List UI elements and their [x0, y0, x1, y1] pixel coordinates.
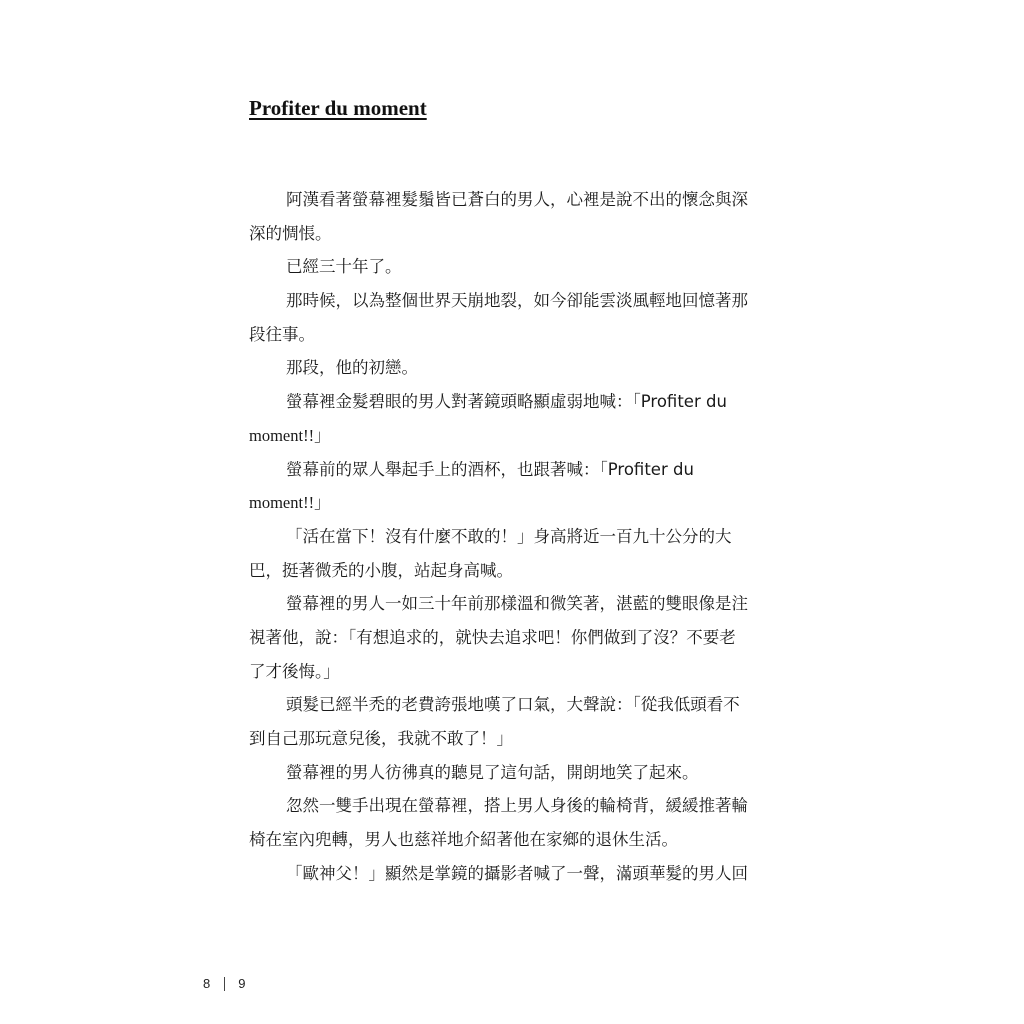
book-page: Profiter du moment 阿漢看著螢幕裡髮鬚皆已蒼白的男人，心裡是說…	[0, 0, 1024, 1024]
text-line: 「歐神父！」顯然是掌鏡的攝影者喊了一聲，滿頭華髮的男人回	[249, 857, 777, 891]
text-line: 已經三十年了。	[249, 250, 777, 284]
text-line: 螢幕前的眾人舉起手上的酒杯，也跟著喊：「Profiter du	[249, 453, 777, 487]
text-line: 了才後悔。」	[249, 655, 777, 689]
page-number-left: 8	[203, 976, 210, 991]
page-number-footer: 8 9	[203, 976, 245, 991]
text-line: 螢幕裡的男人一如三十年前那樣溫和微笑著，湛藍的雙眼像是注	[249, 587, 777, 621]
text-line: 那時候，以為整個世界天崩地裂，如今卻能雲淡風輕地回憶著那	[249, 284, 777, 318]
text-line: 巴，挺著微禿的小腹，站起身高喊。	[249, 554, 777, 588]
text-line: 深的惆悵。	[249, 217, 777, 251]
text-line: moment!!」	[249, 419, 777, 453]
text-line: 頭髮已經半禿的老費誇張地嘆了口氣，大聲說：「從我低頭看不	[249, 688, 777, 722]
text-line: moment!!」	[249, 486, 777, 520]
text-line: 「活在當下！沒有什麼不敢的！」身高將近一百九十公分的大	[249, 520, 777, 554]
text-line: 忽然一雙手出現在螢幕裡，搭上男人身後的輪椅背，緩緩推著輪	[249, 789, 777, 823]
text-line: 視著他，說：「有想追求的，就快去追求吧！你們做到了沒？不要老	[249, 621, 777, 655]
text-line: 段往事。	[249, 318, 777, 352]
text-line: 螢幕裡的男人彷彿真的聽見了這句話，開朗地笑了起來。	[249, 756, 777, 790]
page-number-right: 9	[238, 976, 245, 991]
page-separator	[224, 977, 225, 991]
text-line: 椅在室內兜轉，男人也慈祥地介紹著他在家鄉的退休生活。	[249, 823, 777, 857]
text-line: 螢幕裡金髮碧眼的男人對著鏡頭略顯虛弱地喊：「Profiter du	[249, 385, 777, 419]
text-line: 阿漢看著螢幕裡髮鬚皆已蒼白的男人，心裡是說不出的懷念與深	[249, 183, 777, 217]
body-text: 阿漢看著螢幕裡髮鬚皆已蒼白的男人，心裡是說不出的懷念與深 深的惆悵。 已經三十年…	[249, 183, 777, 890]
text-line: 那段，他的初戀。	[249, 351, 777, 385]
text-line: 到自己那玩意兒後，我就不敢了！」	[249, 722, 777, 756]
chapter-title: Profiter du moment	[249, 94, 427, 122]
